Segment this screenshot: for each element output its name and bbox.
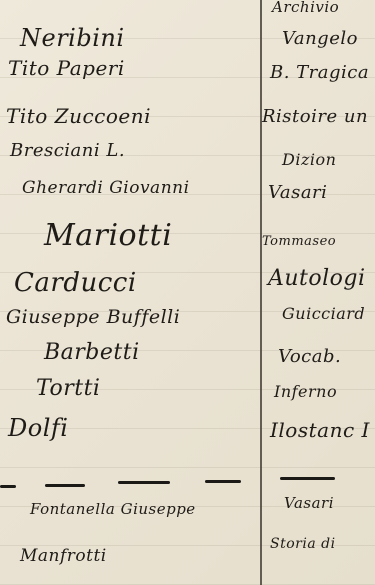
ledger-name-entry: Barbetti — [44, 340, 140, 365]
ledger-name-entry: Manfrotti — [20, 546, 107, 566]
column-divider — [260, 0, 262, 585]
ledger-title-entry: Vasari — [268, 182, 327, 203]
ledger-title-entry: Ilostanc I — [270, 418, 370, 442]
ledger-title-entry: Vangelo — [282, 28, 358, 49]
separator-dash — [118, 481, 170, 484]
ledger-name-entry: Neribini — [20, 24, 125, 52]
ledger-title-entry: Guicciard — [282, 304, 365, 323]
ledger-name-entry: Bresciani L. — [10, 140, 125, 161]
ledger-title-entry: B. Tragica — [270, 62, 369, 83]
ledger-name-entry: Tito Paperi — [8, 56, 125, 80]
ledger-name-entry: Tortti — [36, 376, 100, 401]
ledger-title-entry: Vasari — [284, 494, 334, 512]
ledger-name-entry: Dolfi — [8, 414, 68, 442]
ledger-name-entry: Mariotti — [44, 218, 172, 253]
ledger-name-entry: Gherardi Giovanni — [22, 178, 190, 198]
ledger-name-entry: Giuseppe Buffelli — [6, 306, 180, 328]
ledger-title-entry: Archivio — [272, 0, 339, 16]
ledger-title-entry: Autologi — [268, 266, 366, 291]
separator-dash — [45, 484, 85, 487]
ledger-name-entry: Tito Zuccoeni — [6, 104, 151, 128]
separator-dash — [0, 485, 16, 488]
ledger-name-entry: Fontanella Giuseppe — [30, 500, 196, 518]
separator-dash — [280, 477, 335, 480]
ledger-title-entry: Dizion — [282, 150, 336, 169]
ledger-title-entry: Storia di — [270, 536, 336, 552]
ledger-title-entry: Inferno — [274, 382, 337, 401]
separator-dash — [205, 480, 241, 483]
ledger-title-entry: Tommaseo — [262, 234, 336, 249]
ledger-title-entry: Ristoire un — [262, 106, 368, 127]
ledger-name-entry: Carducci — [14, 268, 137, 298]
ledger-title-entry: Vocab. — [278, 346, 341, 367]
